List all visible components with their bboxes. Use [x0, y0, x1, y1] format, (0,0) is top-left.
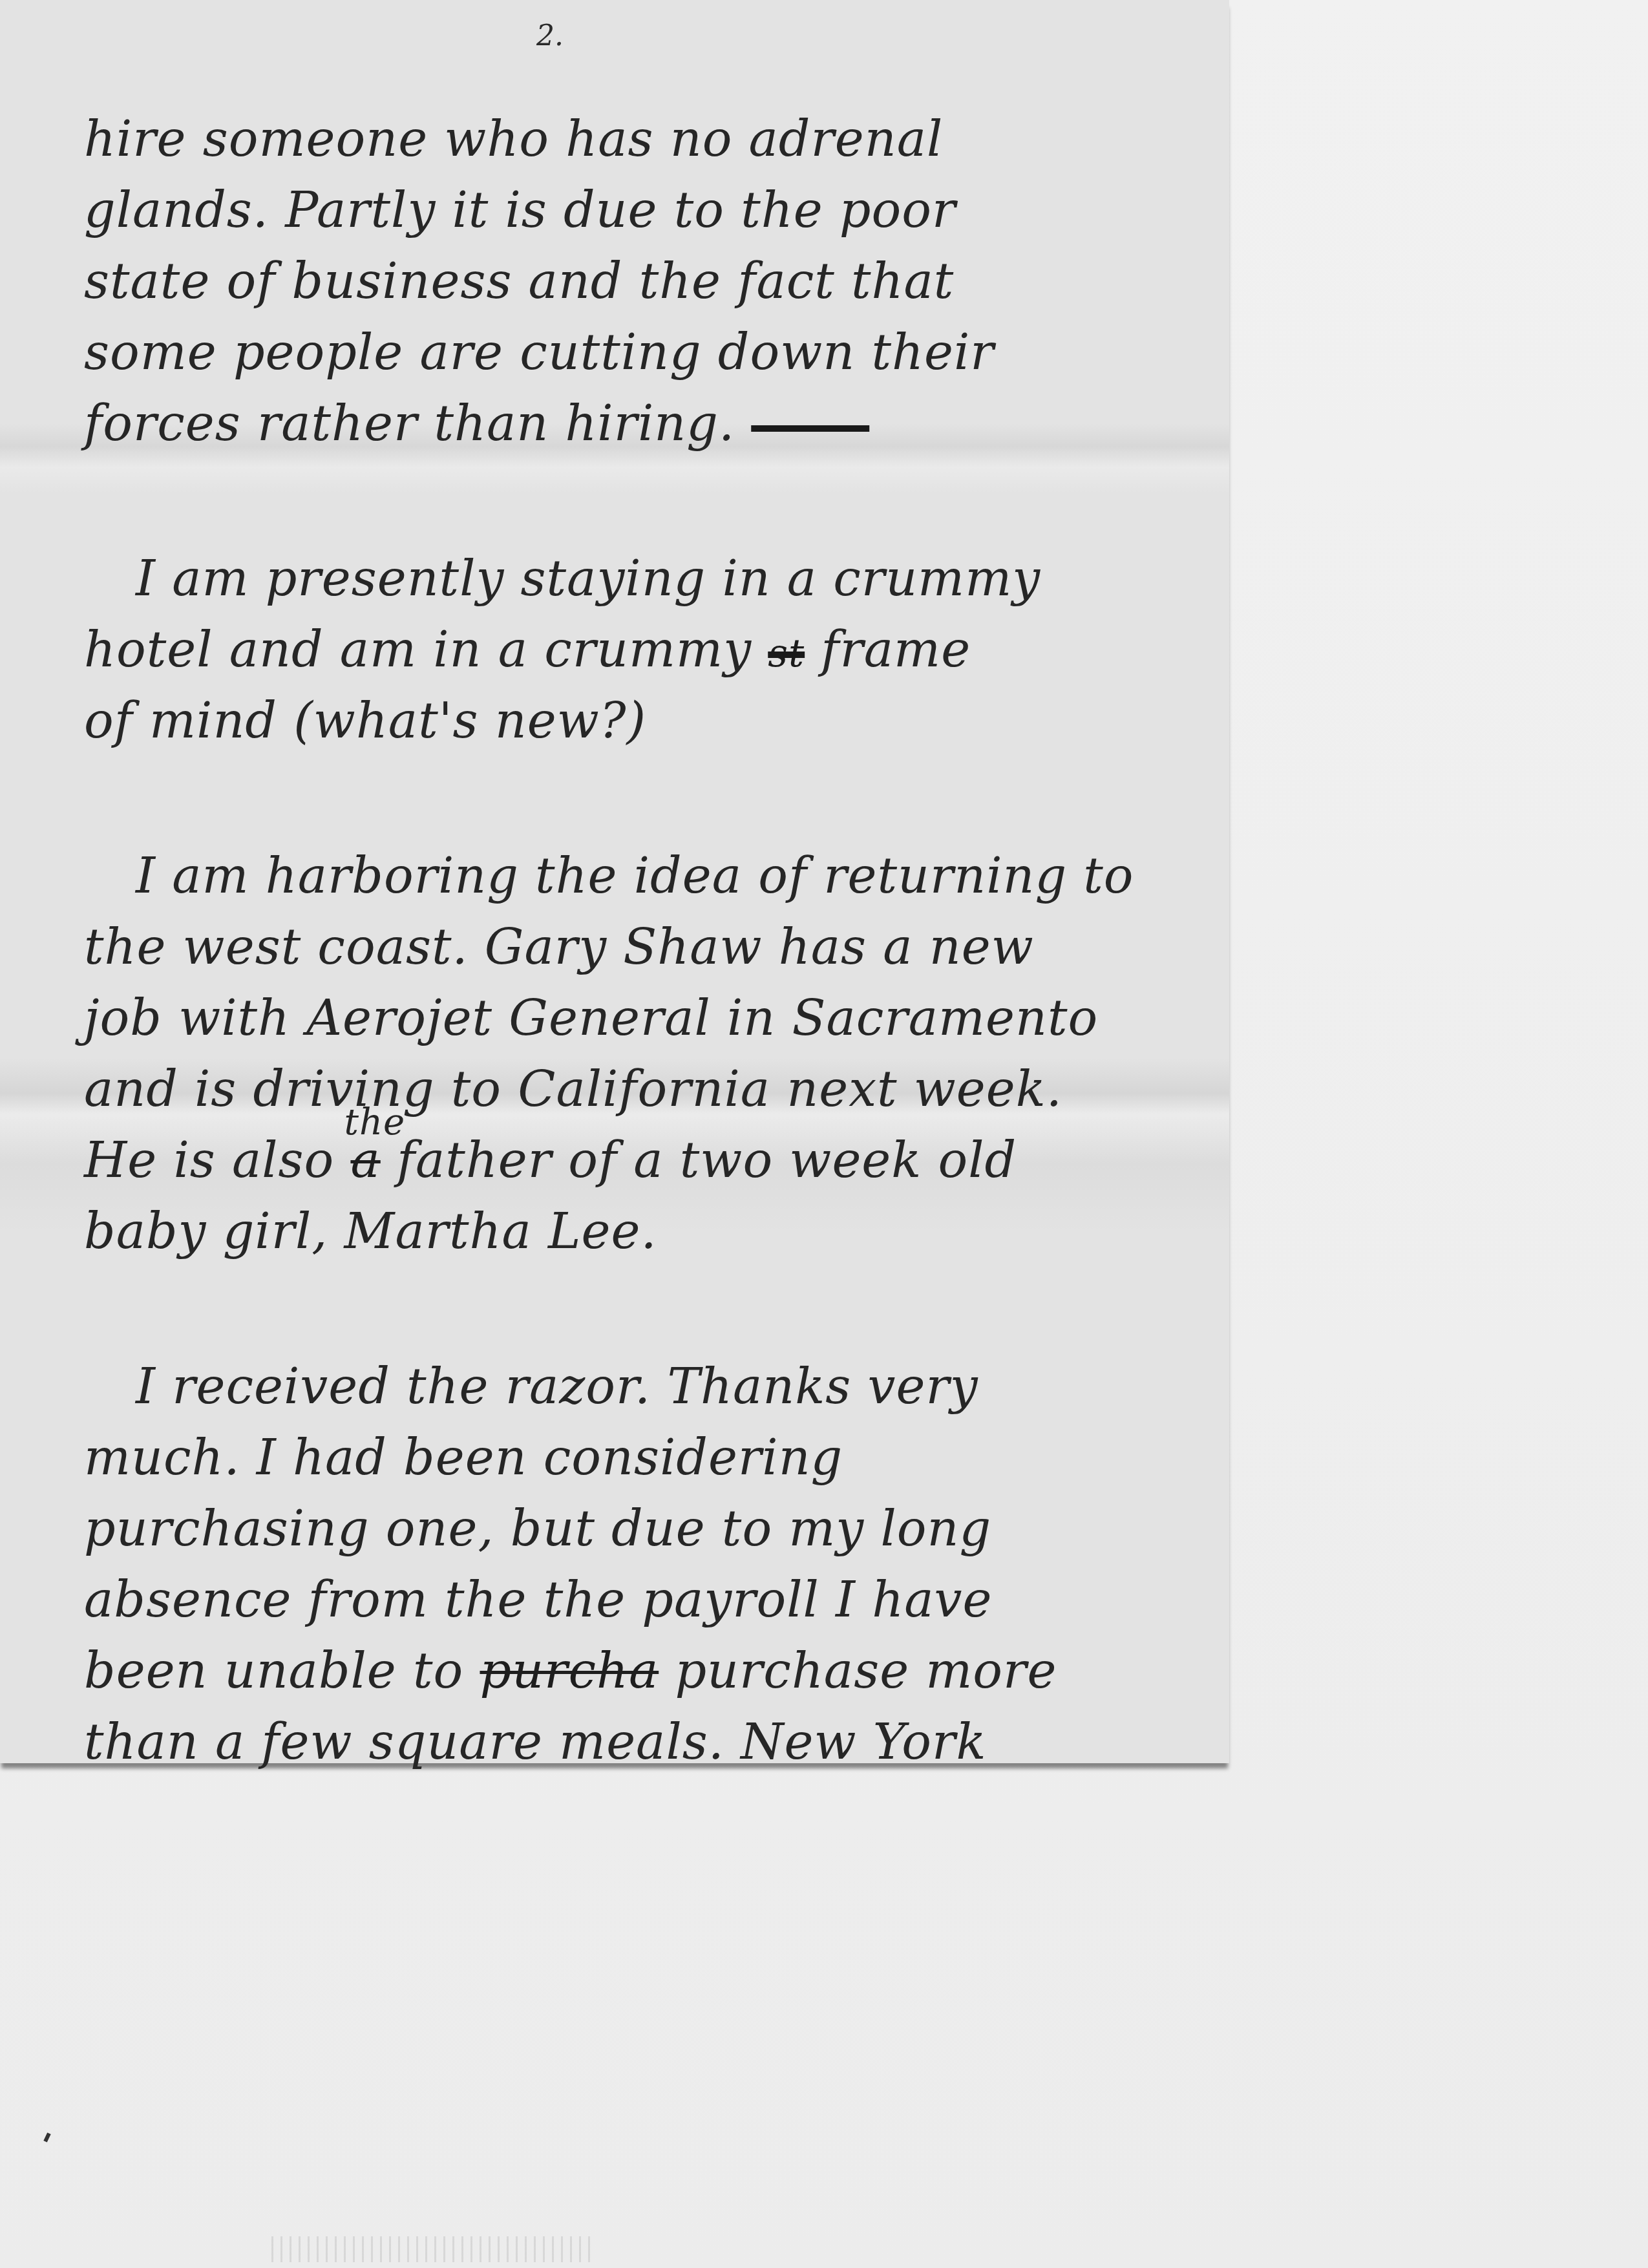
- letter-page: 2. hire someone who has no adrenal gland…: [0, 0, 1229, 1763]
- line-text: frame: [821, 620, 971, 678]
- paragraph-2: I am presently staying in a crummy hotel…: [84, 543, 1209, 756]
- text-line: purchasing one, but due to my long: [84, 1493, 1209, 1564]
- line-text: He is also: [84, 1131, 334, 1189]
- text-line: and is driving to California next week.: [84, 1054, 1209, 1125]
- page-number: 2.: [536, 19, 564, 52]
- text-line: hotel and am in a crummy st frame: [84, 614, 1209, 685]
- text-line: some people are cutting down their: [84, 317, 1209, 388]
- inserted-word: the: [344, 1087, 405, 1158]
- text-line: much. I had been considering: [84, 1422, 1209, 1493]
- text-line: state of business and the fact that: [84, 246, 1209, 317]
- text-line: been unable to purcha purchase more: [84, 1635, 1209, 1706]
- letter-body: hire someone who has no adrenal glands. …: [84, 103, 1209, 1861]
- correction: the a: [350, 1125, 380, 1196]
- line-text: hotel and am in a crummy: [84, 620, 752, 678]
- text-line: I received the razor. Thanks very: [84, 1351, 1209, 1422]
- text-line: forces rather than hiring.: [84, 388, 1209, 459]
- text-line: absence from the the payroll I have: [84, 1564, 1209, 1635]
- paragraph-1: hire someone who has no adrenal glands. …: [84, 103, 1209, 459]
- text-line: than a few square meals. New York: [84, 1706, 1209, 1777]
- text-line: of mind (what's new?): [84, 685, 1209, 756]
- scribbled-out-word: [751, 392, 869, 463]
- text-line: I am presently staying in a crummy: [84, 543, 1209, 614]
- line-text: purchase more: [675, 1642, 1057, 1699]
- line-text: father of a two week old: [397, 1131, 1017, 1189]
- line-text: forces rather than hiring.: [84, 394, 735, 452]
- struck-word: purcha: [480, 1642, 659, 1699]
- text-line: baby girl, Martha Lee.: [84, 1196, 1209, 1267]
- text-line: glands. Partly it is due to the poor: [84, 175, 1209, 246]
- text-line: He is also the a father of a two week ol…: [84, 1125, 1209, 1196]
- scribbled-out-word: st: [768, 618, 805, 689]
- text-line: the west coast. Gary Shaw has a new: [84, 911, 1209, 982]
- text-line: hire someone who has no adrenal: [84, 103, 1209, 175]
- paragraph-3: I am harboring the idea of returning to …: [84, 840, 1209, 1267]
- line-text: been unable to: [84, 1642, 463, 1699]
- text-line: I am harboring the idea of returning to: [84, 840, 1209, 911]
- scan-artifact: [271, 2236, 595, 2262]
- paragraph-4: I received the razor. Thanks very much. …: [84, 1351, 1209, 1777]
- text-line: job with Aerojet General in Sacramento: [84, 982, 1209, 1054]
